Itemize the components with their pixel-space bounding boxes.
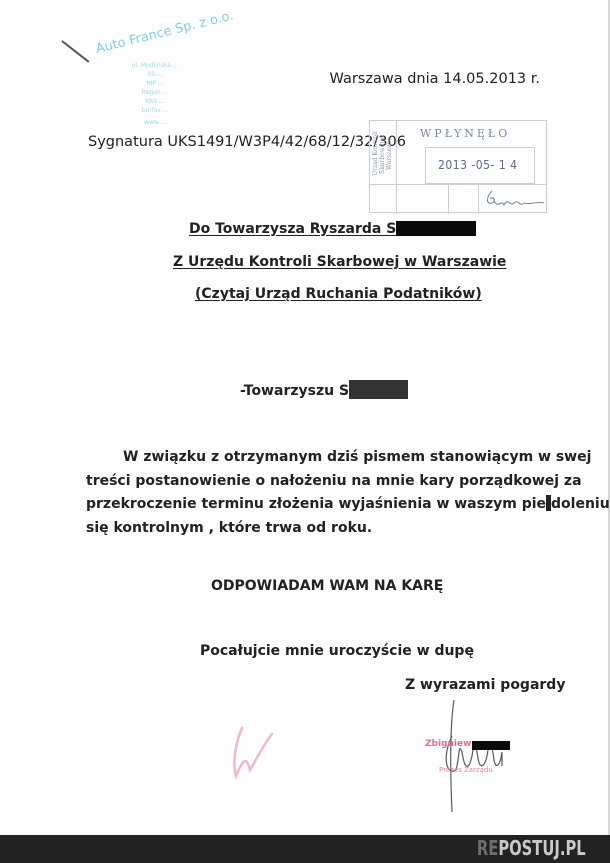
body-line-part: doleniu — [551, 496, 610, 512]
salutation-text: -Towarzyszu S — [240, 383, 349, 399]
author-signature-icon — [440, 696, 512, 816]
company-stamp-line: 03-... — [100, 71, 210, 78]
closing-line: Pocałujcie mnie uroczyście w dupę — [200, 643, 474, 659]
author-stamp-name: Zbigniew — [425, 739, 471, 749]
redaction-bar — [396, 221, 476, 236]
addressee-name: Do Towarzysza Ryszarda S — [189, 221, 396, 237]
body-line: treści postanowienie o nałożeniu na mnie… — [86, 470, 556, 494]
received-stamp-date-box: 2013 -05- 1 4 — [425, 147, 535, 184]
addressee-office: Z Urzędu Kontroli Skarbowej w Warszawie — [173, 254, 506, 270]
company-stamp-line: Regon ... — [100, 89, 210, 96]
received-stamp: Urząd Kontroli Skarbowej w Warszawie WPŁ… — [369, 120, 547, 213]
salutation: -Towarzyszu S — [240, 380, 408, 399]
stamp-divider — [478, 184, 479, 214]
case-reference: Sygnatura UKS1491/W3P4/42/68/12/32/306 — [88, 134, 406, 150]
pink-scribble-icon — [228, 722, 278, 782]
letter-body: W związku z otrzymanym dziś pismem stano… — [86, 446, 556, 540]
author-stamp-role: Prezes Zarządu — [439, 766, 493, 774]
body-line: przekroczenie terminu złożenia wyjaśnien… — [86, 493, 556, 517]
addressee-remark: (Czytaj Urząd Ruchania Podatników) — [195, 286, 482, 302]
company-stamp-line: KRS ... — [100, 98, 210, 105]
statement-heading: ODPOWIADAM WAM NA KARĘ — [211, 578, 443, 594]
date-line: Warszawa dnia 14.05.2013 r. — [330, 71, 540, 87]
company-stamp-line: ul. Modlińska ... — [100, 62, 210, 69]
body-line: się kontrolnym , które trwa od roku. — [86, 517, 556, 541]
redaction-bar — [472, 741, 510, 750]
clerk-signature-icon — [482, 187, 546, 213]
received-stamp-title: WPŁYNĘŁO — [420, 127, 510, 140]
company-stamp: Auto France Sp. z o.o. ul. Modlińska ...… — [60, 30, 240, 135]
site-watermark-logo: REPOSTUJ.PL — [477, 836, 586, 860]
company-stamp-line: tel/fax ... — [100, 107, 210, 114]
logo-suffix: POSTUJ.PL — [499, 836, 586, 860]
received-stamp-date: 2013 -05- 1 4 — [438, 158, 518, 172]
logo-prefix: RE — [477, 836, 498, 860]
body-line: W związku z otrzymanym dziś pismem stano… — [86, 446, 556, 470]
author-first-name: Zbigniew — [425, 739, 471, 749]
stamp-divider — [448, 184, 449, 214]
received-stamp-office: Urząd Kontroli Skarbowej w Warszawie — [372, 125, 394, 183]
redaction-bar — [349, 380, 408, 399]
scanned-letter-page: Auto France Sp. z o.o. ul. Modlińska ...… — [0, 0, 610, 835]
company-stamp-name: Auto France Sp. z o.o. — [94, 8, 235, 57]
author-surname-redaction — [472, 741, 510, 750]
body-line-part: przekroczenie terminu złożenia wyjaśnien… — [86, 496, 546, 512]
watermark-footer-bar: REPOSTUJ.PL — [0, 835, 610, 863]
company-stamp-line: NIP ... — [100, 80, 210, 87]
stamp-divider — [370, 184, 546, 185]
company-stamp-line: www.... — [100, 119, 210, 126]
addressee-line: Do Towarzysza Ryszarda S — [189, 221, 476, 237]
regards-line: Z wyrazami pogardy — [405, 677, 565, 693]
stamp-divider — [396, 121, 397, 214]
